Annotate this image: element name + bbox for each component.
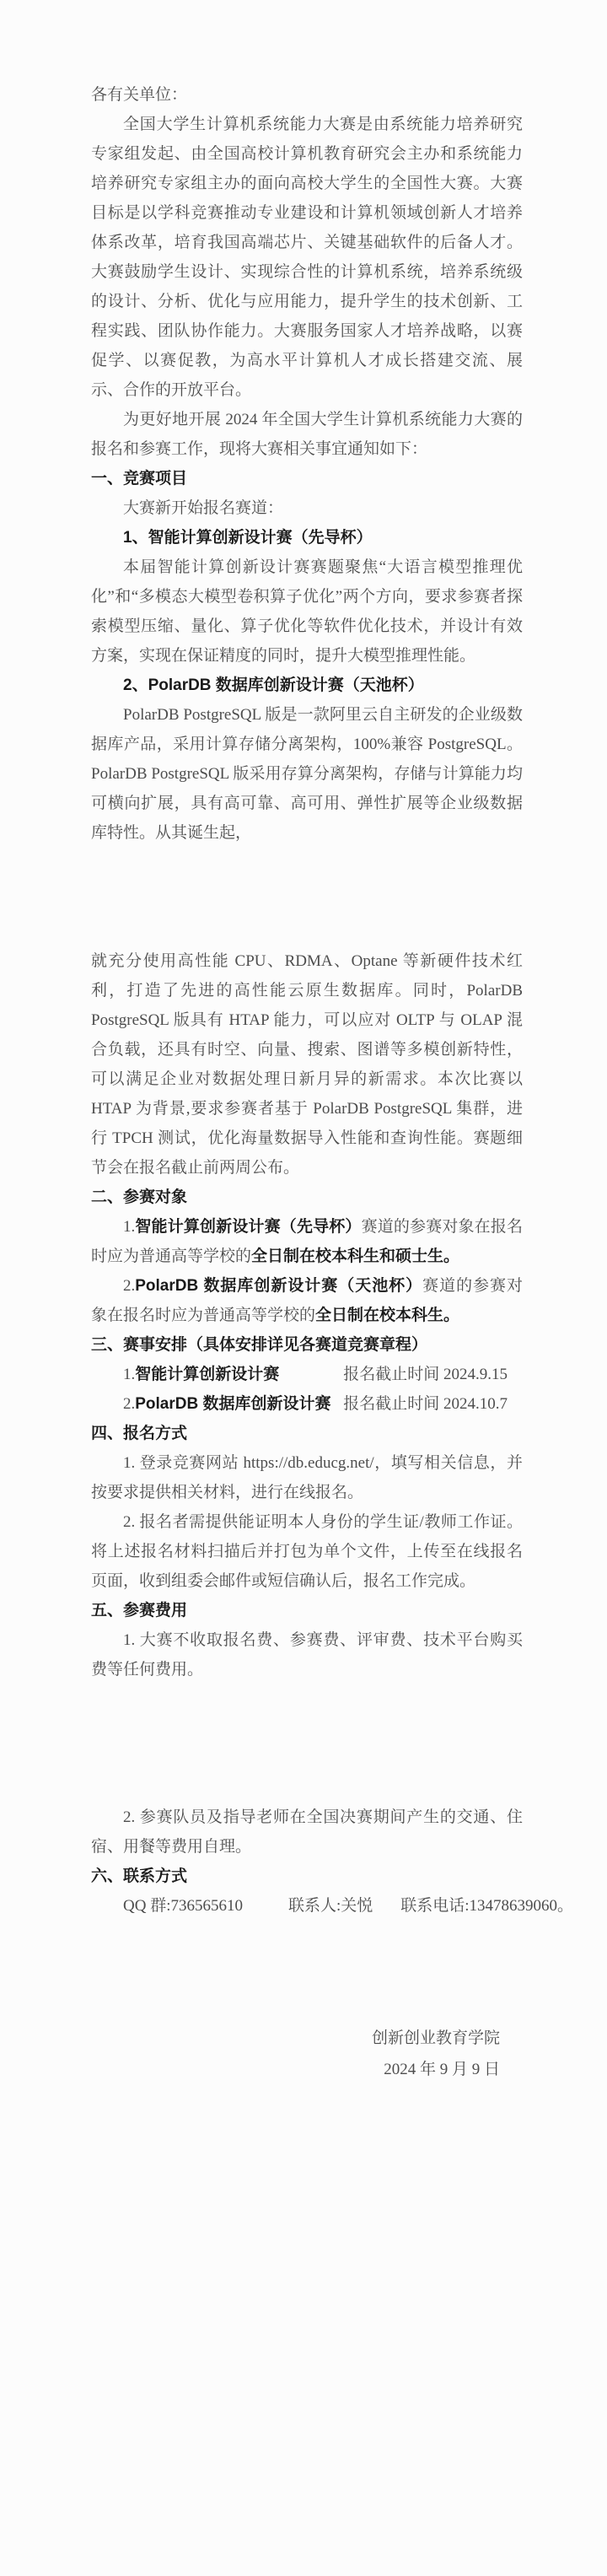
- section5-item2: 2. 参赛队员及指导老师在全国决赛期间产生的交通、住宿、用餐等费用自理。: [91, 1803, 523, 1862]
- document-page: 各有关单位： 全国大学生计算机系统能力大赛是由系统能力培养研究专家组发起、由全国…: [0, 0, 607, 2576]
- section2-item2: 2.PolarDB 数据库创新设计赛（天池杯）赛道的参赛对象在报名时应为普通高等…: [91, 1271, 523, 1330]
- track2-description-part1: PolarDB PostgreSQL 版是一款阿里云自主研发的企业级数据库产品，…: [91, 700, 523, 848]
- section1-heading: 一、竞赛项目: [91, 464, 523, 493]
- schedule-row-1: 1.智能计算创新设计赛 报名截止时间 2024.9.15: [91, 1360, 523, 1389]
- signature-block: 创新创业教育学院 2024 年 9 月 9 日: [0, 2023, 607, 2085]
- section2-item2-track: PolarDB 数据库创新设计赛（天池杯）: [135, 1277, 422, 1295]
- contact-line: QQ 群:736565610联系人:关悦联系电话:13478639060。: [91, 1891, 523, 1921]
- schedule-row-2-title: 2.PolarDB 数据库创新设计赛: [123, 1389, 331, 1419]
- intro-paragraph: 全国大学生计算机系统能力大赛是由系统能力培养研究专家组发起、由全国高校计算机教育…: [91, 110, 523, 405]
- schedule-row-2: 2.PolarDB 数据库创新设计赛 报名截止时间 2024.10.7: [91, 1389, 523, 1419]
- purpose-paragraph: 为更好地开展 2024 年全国大学生计算机系统能力大赛的报名和参赛工作，现将大赛…: [91, 405, 523, 464]
- section5-item1: 1. 大赛不收取报名费、参赛费、评审费、技术平台购买费等任何费用。: [91, 1625, 523, 1684]
- track2-title: 2、PolarDB 数据库创新设计赛（天池杯）: [91, 671, 523, 700]
- section2-item1-track: 智能计算创新设计赛（先导杯）: [135, 1218, 361, 1236]
- schedule-row-1-deadline: 报名截止时间 2024.9.15: [343, 1360, 523, 1389]
- schedule-row-1-track: 智能计算创新设计赛: [135, 1366, 279, 1383]
- section2-heading: 二、参赛对象: [91, 1183, 523, 1212]
- section2-item1: 1.智能计算创新设计赛（先导杯）赛道的参赛对象在报名时应为普通高等学校的全日制在…: [91, 1212, 523, 1271]
- section4-item1: 1. 登录竞赛网站 https://db.educg.net/，填写相关信息，并…: [91, 1448, 523, 1507]
- signature-date: 2024 年 9 月 9 日: [0, 2054, 500, 2085]
- schedule-row-2-deadline: 报名截止时间 2024.10.7: [343, 1389, 523, 1419]
- track1-description: 本届智能计算创新设计赛赛题聚焦“大语言模型推理优化”和“多模态大模型卷积算子优化…: [91, 552, 523, 671]
- section2-item1-number: 1.: [123, 1218, 135, 1236]
- section6-heading: 六、联系方式: [91, 1862, 523, 1891]
- salutation: 各有关单位：: [91, 80, 523, 110]
- section5-heading: 五、参赛费用: [91, 1596, 523, 1625]
- schedule-row-2-track: PolarDB 数据库创新设计赛: [135, 1395, 330, 1413]
- track1-title: 1、智能计算创新设计赛（先导杯）: [91, 523, 523, 552]
- contact-phone: 联系电话:13478639060。: [400, 1897, 573, 1915]
- schedule-row-1-number: 1.: [123, 1366, 135, 1383]
- section3-heading: 三、赛事安排（具体安排详见各赛道竞赛章程）: [91, 1330, 523, 1360]
- track2-description-part2: 就充分使用高性能 CPU、RDMA、Optane 等新硬件技术红利，打造了先进的…: [91, 946, 523, 1183]
- contact-qq-group: QQ 群:736565610: [123, 1897, 243, 1915]
- section4-item2: 2. 报名者需提供能证明本人身份的学生证/教师工作证。将上述报名材料扫描后并打包…: [91, 1507, 523, 1596]
- page3-content: 2. 参赛队员及指导老师在全国决赛期间产生的交通、住宿、用餐等费用自理。 六、联…: [91, 1803, 523, 1921]
- page2-content: 就充分使用高性能 CPU、RDMA、Optane 等新硬件技术红利，打造了先进的…: [91, 946, 523, 1684]
- page1-content: 各有关单位： 全国大学生计算机系统能力大赛是由系统能力培养研究专家组发起、由全国…: [91, 80, 523, 848]
- contact-person: 联系人:关悦: [288, 1897, 373, 1915]
- schedule-row-2-number: 2.: [123, 1395, 135, 1413]
- section2-item2-eligibility: 全日制在校本科生。: [315, 1307, 459, 1324]
- section2-item2-number: 2.: [123, 1277, 135, 1295]
- section1-intro: 大赛新开始报名赛道：: [91, 493, 523, 523]
- signature-organization: 创新创业教育学院: [0, 2023, 500, 2054]
- schedule-row-1-title: 1.智能计算创新设计赛: [123, 1360, 279, 1389]
- section4-heading: 四、报名方式: [91, 1419, 523, 1448]
- section2-item1-eligibility: 全日制在校本科生和硕士生。: [251, 1248, 459, 1265]
